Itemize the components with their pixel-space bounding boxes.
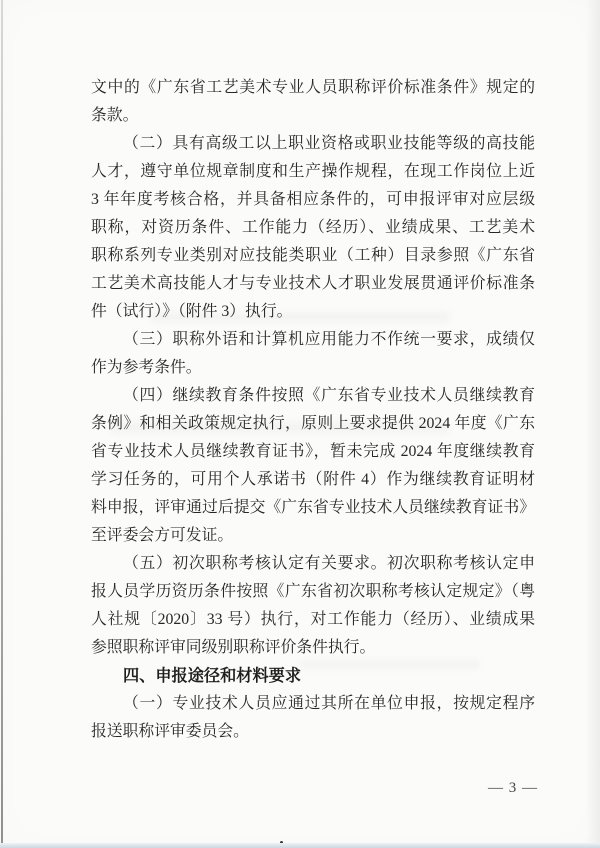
text-line: （五）初次职称考核认定有关要求。初次职称考核认定申 (91, 550, 535, 578)
text-line: 报送职称评审委员会。 (91, 718, 535, 746)
text-line: 报人员学历资历条件按照《广东省初次职称考核认定规定》（粤 (91, 578, 535, 606)
text-line: 文中的《广东省工艺美术专业人员职称评价标准条件》规定的 (91, 74, 535, 102)
scan-right-edge-shade (586, 0, 600, 848)
text-line: 条例》和相关政策规定执行，原则上要求提供 2024 年度《广东 (91, 410, 535, 438)
section-heading: 四、申报途径和材料要求 (91, 662, 535, 690)
text-line: 职称，对资历条件、工作能力（经历）、业绩成果、工艺美术 (91, 214, 535, 242)
text-line: 3 年年度考核合格，并具备相应条件的，可申报评审对应层级 (91, 186, 535, 214)
scan-bottom-edge (0, 843, 600, 848)
text-line: 人社规〔2020〕33 号）执行，对工作能力（经历）、业绩成果 (91, 606, 535, 634)
text-line: 作为参考条件。 (91, 354, 535, 382)
text-line: （三）职称外语和计算机应用能力不作统一要求，成绩仅 (91, 326, 535, 354)
text-line: 工艺美术高技能人才与专业技术人才职业发展贯通评价标准条 (91, 270, 535, 298)
text-line: （一）专业技术人员应通过其所在单位申报，按规定程序 (91, 690, 535, 718)
text-line: 人才，遵守单位规章制度和生产操作规程，在现工作岗位上近 (91, 158, 535, 186)
text-line: （二）具有高级工以上职业资格或职业技能等级的高技能 (91, 130, 535, 158)
text-line: 料申报，评审通过后提交《广东省专业技术人员继续教育证书》 (91, 494, 535, 522)
text-line: 职称系列专业类别对应技能类职业（工种）目录参照《广东省 (91, 242, 535, 270)
text-line: 参照职称评审同级别职称评价条件执行。 (91, 634, 535, 662)
text-line: （四）继续教育条件按照《广东省专业技术人员继续教育 (91, 382, 535, 410)
page-number: — 3 — (458, 780, 568, 797)
text-line: 条款。 (91, 102, 535, 130)
scan-left-edge-line (1, 0, 3, 848)
text-line: 学习任务的，可用个人承诺书（附件 4）作为继续教育证明材 (91, 466, 535, 494)
text-line: 至评委会方可发证。 (91, 522, 535, 550)
document-page: 文中的《广东省工艺美术专业人员职称评价标准条件》规定的条款。（二）具有高级工以上… (0, 0, 600, 848)
document-text-block: 文中的《广东省工艺美术专业人员职称评价标准条件》规定的条款。（二）具有高级工以上… (91, 74, 535, 746)
text-line: 件（试行）》（附件 3）执行。 (91, 298, 535, 326)
text-line: 省专业技术人员继续教育证书》，暂未完成 2024 年度继续教育 (91, 438, 535, 466)
